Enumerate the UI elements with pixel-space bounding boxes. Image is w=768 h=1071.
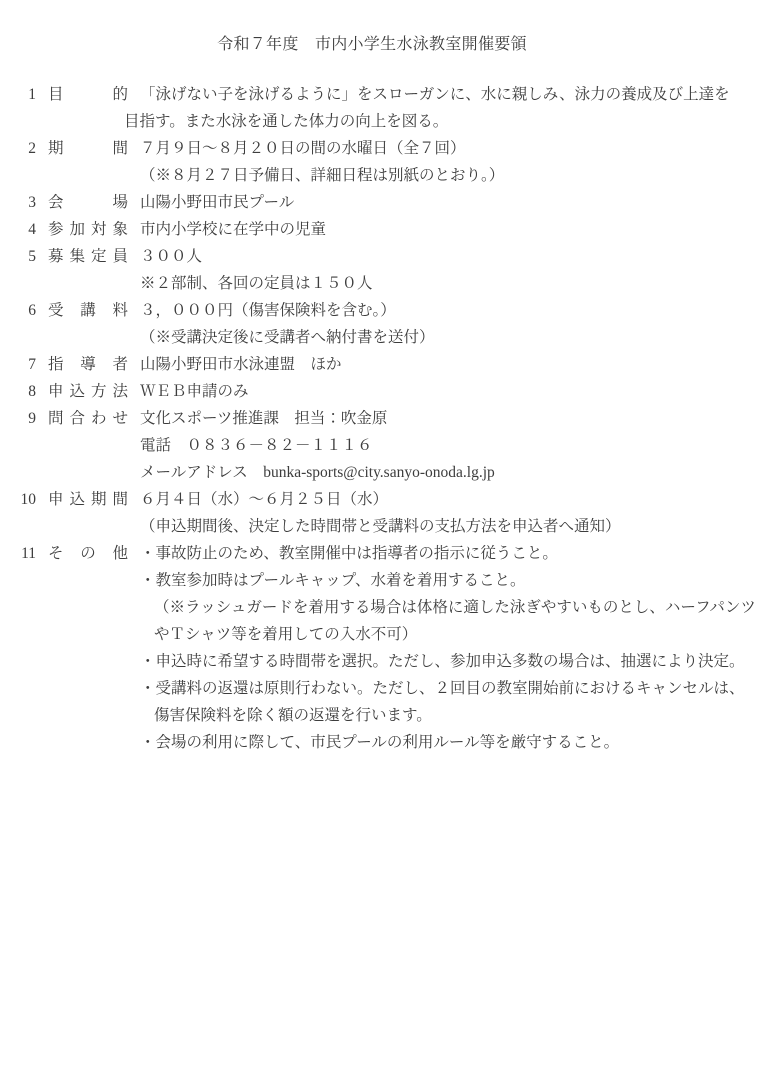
numbered-item: 2 期間 ７月９日～８月２０日の間の水曜日（全７回）（※８月２７日予備日、詳細日… [0,135,744,189]
item-number: 9 [0,405,36,432]
content-line: ７月９日～８月２０日の間の水曜日（全７回） [140,135,744,162]
content-line: メールアドレス bunka-sports@city.sanyo-onoda.lg… [140,459,744,486]
item-label: 申込方法 [48,378,128,405]
numbered-item: 4 参加対象 市内小学校に在学中の児童 [0,216,744,243]
item-content: 市内小学校に在学中の児童 [140,216,744,243]
numbered-item: 6 受講料 ３，０００円（傷害保険料を含む。）（※受講決定後に受講者へ納付書を送… [0,297,744,351]
content-line: ・教室参加時はプールキャップ、水着を着用すること。 [140,567,756,594]
item-number: 8 [0,378,36,405]
item-content: 山陽小野田市水泳連盟 ほか [140,351,744,378]
content-line: 山陽小野田市民プール [140,189,744,216]
content-line: 山陽小野田市水泳連盟 ほか [140,351,744,378]
numbered-item: 9 問合わせ 文化スポーツ推進課 担当：吹金原電話 ０８３６－８２－１１１６メー… [0,405,744,486]
content-line: 傷害保険料を除く額の返還を行います。 [154,702,756,729]
content-line: （※受講決定後に受講者へ納付書を送付） [140,324,744,351]
content-line: ３００人 [140,243,744,270]
numbered-item: 10 申込期間 ６月４日（水）～６月２５日（水）（申込期間後、決定した時間帯と受… [0,486,744,540]
content-line: ※２部制、各回の定員は１５０人 [140,270,744,297]
item-number: 1 [0,81,36,108]
numbered-item: 3 会場 山陽小野田市民プール [0,189,744,216]
item-number: 6 [0,297,36,324]
content-line: （※８月２７日予備日、詳細日程は別紙のとおり。） [140,162,744,189]
item-content: ・事故防止のため、教室開催中は指導者の指示に従うこと。・教室参加時はプールキャッ… [140,540,756,756]
item-number: 3 [0,189,36,216]
item-number: 2 [0,135,36,162]
item-content: 文化スポーツ推進課 担当：吹金原電話 ０８３６－８２－１１１６メールアドレス b… [140,405,744,486]
item-label: 参加対象 [48,216,128,243]
item-label: 会場 [48,189,128,216]
item-number: 10 [0,486,36,513]
content-line: やＴシャツ等を着用しての入水不可） [154,621,756,648]
item-label: 募集定員 [48,243,128,270]
item-label: その他 [48,540,128,567]
content-line: ６月４日（水）～６月２５日（水） [140,486,744,513]
content-line: 目指す。また水泳を通した体力の向上を図る。 [124,108,744,135]
numbered-item: 11 その他 ・事故防止のため、教室開催中は指導者の指示に従うこと。・教室参加時… [0,540,744,756]
document-page: 令和７年度 市内小学生水泳教室開催要領 1 目的 「泳げない子を泳げるように」を… [0,0,768,1071]
item-content: ３，０００円（傷害保険料を含む。）（※受講決定後に受講者へ納付書を送付） [140,297,744,351]
item-number: 5 [0,243,36,270]
item-label: 指導者 [48,351,128,378]
content-line: （申込期間後、決定した時間帯と受講料の支払方法を申込者へ通知） [140,513,744,540]
item-label: 期間 [48,135,128,162]
item-label: 申込期間 [48,486,128,513]
numbered-item: 7 指導者 山陽小野田市水泳連盟 ほか [0,351,744,378]
item-label: 受講料 [48,297,128,324]
item-label: 問合わせ [48,405,128,432]
item-content: ６月４日（水）～６月２５日（水）（申込期間後、決定した時間帯と受講料の支払方法を… [140,486,744,540]
numbered-item: 1 目的 「泳げない子を泳げるように」をスローガンに、水に親しみ、泳力の養成及び… [0,81,744,135]
content-line: （※ラッシュガードを着用する場合は体格に適した泳ぎやすいものとし、ハーフパンツ [154,594,756,621]
document-title: 令和７年度 市内小学生水泳教室開催要領 [0,31,744,58]
content-line: 文化スポーツ推進課 担当：吹金原 [140,405,744,432]
numbered-item: 5 募集定員 ３００人※２部制、各回の定員は１５０人 [0,243,744,297]
item-number: 4 [0,216,36,243]
content-line: ＷＥＢ申請のみ [140,378,744,405]
item-number: 7 [0,351,36,378]
item-number: 11 [0,540,36,567]
numbered-item: 8 申込方法 ＷＥＢ申請のみ [0,378,744,405]
content-line: 「泳げない子を泳げるように」をスローガンに、水に親しみ、泳力の養成及び上達を [140,81,744,108]
content-line: ・会場の利用に際して、市民プールの利用ルール等を厳守すること。 [140,729,756,756]
content-line: ・申込時に希望する時間帯を選択。ただし、参加申込多数の場合は、抽選により決定。 [140,648,756,675]
content-line: ・受講料の返還は原則行わない。ただし、２回目の教室開始前におけるキャンセルは、 [140,675,756,702]
item-label: 目的 [48,81,128,108]
content-line: 電話 ０８３６－８２－１１１６ [140,432,744,459]
item-content: 「泳げない子を泳げるように」をスローガンに、水に親しみ、泳力の養成及び上達を目指… [140,81,744,135]
content-line: ・事故防止のため、教室開催中は指導者の指示に従うこと。 [140,540,756,567]
item-content: ３００人※２部制、各回の定員は１５０人 [140,243,744,297]
item-content: 山陽小野田市民プール [140,189,744,216]
item-content: ７月９日～８月２０日の間の水曜日（全７回）（※８月２７日予備日、詳細日程は別紙の… [140,135,744,189]
items-list: 1 目的 「泳げない子を泳げるように」をスローガンに、水に親しみ、泳力の養成及び… [0,81,744,756]
content-line: 市内小学校に在学中の児童 [140,216,744,243]
content-line: ３，０００円（傷害保険料を含む。） [140,297,744,324]
item-content: ＷＥＢ申請のみ [140,378,744,405]
